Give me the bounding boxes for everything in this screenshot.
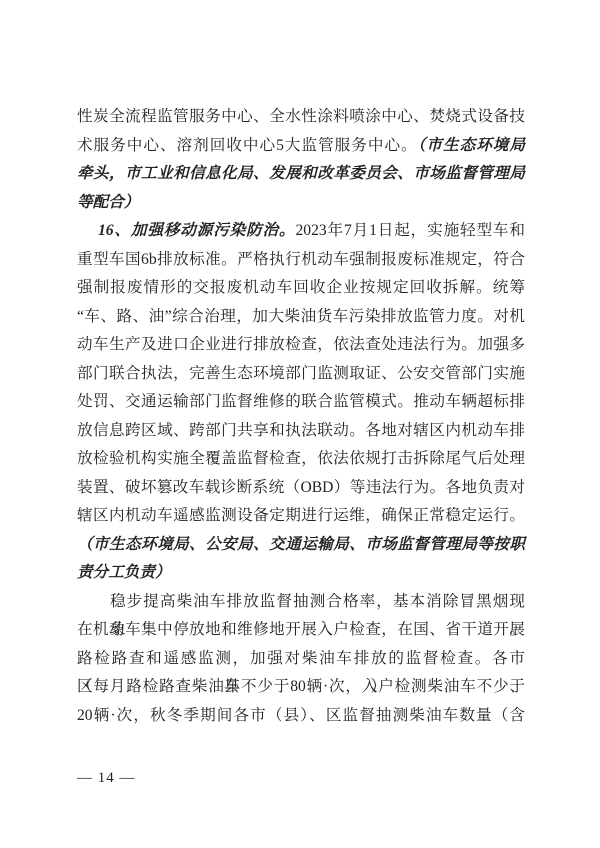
text-segment-song: 强制报废情形的交报废机动车回收企业按规定回收拆解。统筹 bbox=[77, 279, 525, 296]
text-line: 在机动车集中停放地和维修地开展入户检查，在国、省干道开展 bbox=[77, 616, 525, 645]
text-line: 装置、破坏篡改车载诊断系统（OBD）等违法行为。各地负责对 bbox=[77, 474, 525, 503]
text-line: 牵头，市工业和信息化局、发展和改革委员会、市场监督管理局 bbox=[77, 160, 525, 189]
text-line: 重型车国6b排放标准。严格执行机动车强制报废标准规定，符合 bbox=[77, 246, 525, 275]
text-segment-song: 区每月路检路查柴油车不少于80辆·次，入户检测柴油车不少于 bbox=[77, 678, 525, 695]
text-line: 责分工负责） bbox=[77, 559, 525, 588]
text-segment-song: 在机动车集中停放地和维修地开展入户检查，在国、省干道开展 bbox=[77, 621, 525, 638]
text-segment-song: 放信息跨区域、跨部门共享和执法联动。各地对辖区内机动车排 bbox=[77, 422, 525, 439]
text-line: 放信息跨区域、跨部门共享和执法联动。各地对辖区内机动车排 bbox=[77, 417, 525, 446]
text-line: 20辆·次，秋冬季期间各市（县）、区监督抽测柴油车数量（含 bbox=[77, 702, 525, 731]
text-line: 部门联合执法，完善生态环境部门监测取证、公安交管部门实施 bbox=[77, 360, 525, 389]
text-segment-kai: （市生态环境局、公安局、交通运输局、市场监督管理局等按职 bbox=[77, 536, 525, 553]
text-segment-kai: 责分工负责） bbox=[77, 564, 171, 581]
document-text-block: 性炭全流程监管服务中心、全水性涂料喷涂中心、焚烧式设备技术服务中心、溶剂回收中心… bbox=[77, 103, 525, 730]
text-line: 16、加强移动源污染防治。2023年7月1日起，实施轻型车和 bbox=[77, 217, 525, 246]
text-segment-song: 部门联合执法，完善生态环境部门监测取证、公安交管部门实施 bbox=[77, 365, 525, 382]
text-segment-song: 处罚、交通运输部门监督维修的联合监管模式。推动车辆超标排 bbox=[77, 393, 525, 410]
text-line: 区每月路检路查柴油车不少于80辆·次，入户检测柴油车不少于 bbox=[77, 673, 525, 702]
text-segment-song: 放检验机构实施全覆盖监督检查，依法依规打击拆除尾气后处理 bbox=[77, 450, 525, 467]
text-segment-kai: 等配合） bbox=[77, 194, 139, 211]
text-line: （市生态环境局、公安局、交通运输局、市场监督管理局等按职 bbox=[77, 531, 525, 560]
text-segment-song: 动车生产及进口企业进行排放检查，依法查处违法行为。加强多 bbox=[77, 336, 525, 353]
text-line: 路检路查和遥感监测，加强对柴油车排放的监督检查。各市（县）、 bbox=[77, 645, 525, 674]
text-segment-song: 装置、破坏篡改车载诊断系统（OBD）等违法行为。各地负责对 bbox=[77, 479, 525, 496]
text-line: 处罚、交通运输部门监督维修的联合监管模式。推动车辆超标排 bbox=[77, 388, 525, 417]
text-segment-song: 术服务中心、溶剂回收中心5大监管服务中心。 bbox=[77, 137, 418, 154]
text-segment-song: 辖区内机动车遥感监测设备定期进行运维，确保正常稳定运行。 bbox=[77, 507, 525, 524]
text-segment-kai-bold: 16、加强移动源污染防治。 bbox=[98, 222, 295, 239]
text-segment-kai: （市生态环境局 bbox=[418, 137, 525, 154]
text-segment-song: “车、路、油”综合治理，加大柴油货车污染排放监管力度。对机 bbox=[77, 308, 525, 325]
text-segment-song: 20辆·次，秋冬季期间各市（县）、区监督抽测柴油车数量（含 bbox=[77, 707, 525, 724]
text-line: 放检验机构实施全覆盖监督检查，依法依规打击拆除尾气后处理 bbox=[77, 445, 525, 474]
text-line: 术服务中心、溶剂回收中心5大监管服务中心。（市生态环境局 bbox=[77, 132, 525, 161]
text-line: 辖区内机动车遥感监测设备定期进行运维，确保正常稳定运行。 bbox=[77, 502, 525, 531]
text-segment-song: 性炭全流程监管服务中心、全水性涂料喷涂中心、焚烧式设备技 bbox=[77, 108, 525, 125]
document-page: 性炭全流程监管服务中心、全水性涂料喷涂中心、焚烧式设备技术服务中心、溶剂回收中心… bbox=[0, 0, 600, 848]
text-segment-song: 重型车国6b排放标准。严格执行机动车强制报废标准规定，符合 bbox=[77, 251, 525, 268]
text-segment-song: 2023年7月1日起，实施轻型车和 bbox=[295, 222, 525, 239]
text-line: 动车生产及进口企业进行排放检查，依法查处违法行为。加强多 bbox=[77, 331, 525, 360]
page-number: — 14 — bbox=[77, 768, 136, 788]
text-line: 性炭全流程监管服务中心、全水性涂料喷涂中心、焚烧式设备技 bbox=[77, 103, 525, 132]
text-segment-kai: 牵头，市工业和信息化局、发展和改革委员会、市场监督管理局 bbox=[77, 165, 525, 182]
text-line: “车、路、油”综合治理，加大柴油货车污染排放监管力度。对机 bbox=[77, 303, 525, 332]
text-line: 强制报废情形的交报废机动车回收企业按规定回收拆解。统筹 bbox=[77, 274, 525, 303]
text-line: 稳步提高柴油车排放监督抽测合格率，基本消除冒黑烟现象。 bbox=[77, 588, 525, 617]
text-line: 等配合） bbox=[77, 189, 525, 218]
